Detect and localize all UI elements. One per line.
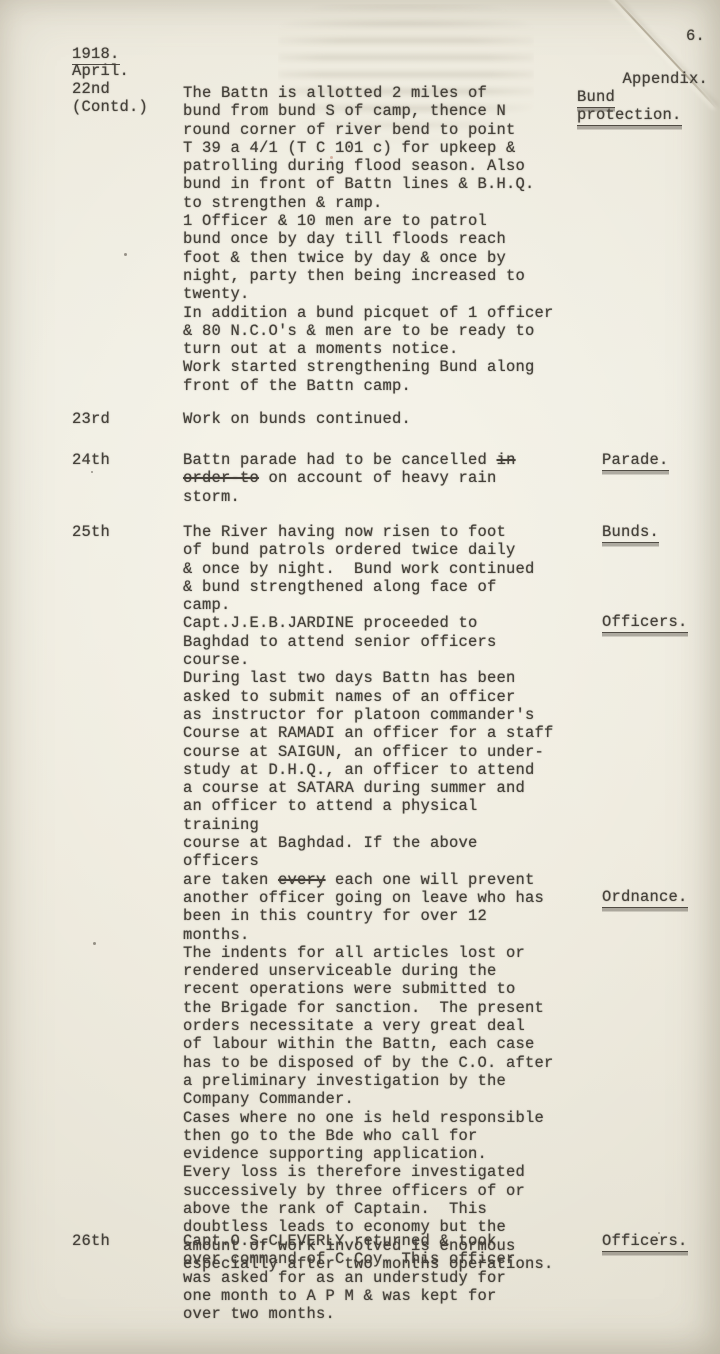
margin-label-officers-jardine: Officers.: [602, 613, 718, 631]
month-label: April.: [72, 62, 182, 80]
ink-speck: [93, 942, 96, 945]
entry-date-25th: 25th: [72, 523, 182, 541]
entry-date-23rd: 23rd: [72, 410, 182, 428]
ink-speck: [91, 471, 93, 473]
entry-date-24th: 24th: [72, 451, 182, 469]
entry-date-22nd: 22nd(Contd.): [72, 80, 182, 117]
entry-date-26th: 26th: [72, 1232, 182, 1250]
page-number: 6.: [686, 27, 720, 45]
margin-label-officers-cleverly: Officers.: [602, 1232, 718, 1250]
entry-body-23rd: Work on bunds continued.: [183, 410, 561, 428]
margin-label-bund-protection: Bundprotection.: [577, 88, 693, 125]
entry-body-22nd: The Battn is allotted 2 miles ofbund fro…: [183, 84, 561, 395]
margin-label-bunds: Bunds.: [602, 523, 718, 541]
margin-label-parade: Parade.: [602, 451, 718, 469]
ink-speck: [124, 253, 127, 256]
appendix-label: Appendix.: [560, 70, 708, 88]
entry-body-25th: The River having now risen to footof bun…: [183, 523, 561, 1273]
entry-body-26th: Capt.O.S.CLEVERLY returned & tookover co…: [183, 1232, 561, 1323]
year-label: 1918.: [72, 45, 182, 63]
margin-label-ordnance: Ordnance.: [602, 888, 718, 906]
entry-body-24th: Battn parade had to be cancelled inorder…: [183, 451, 561, 506]
